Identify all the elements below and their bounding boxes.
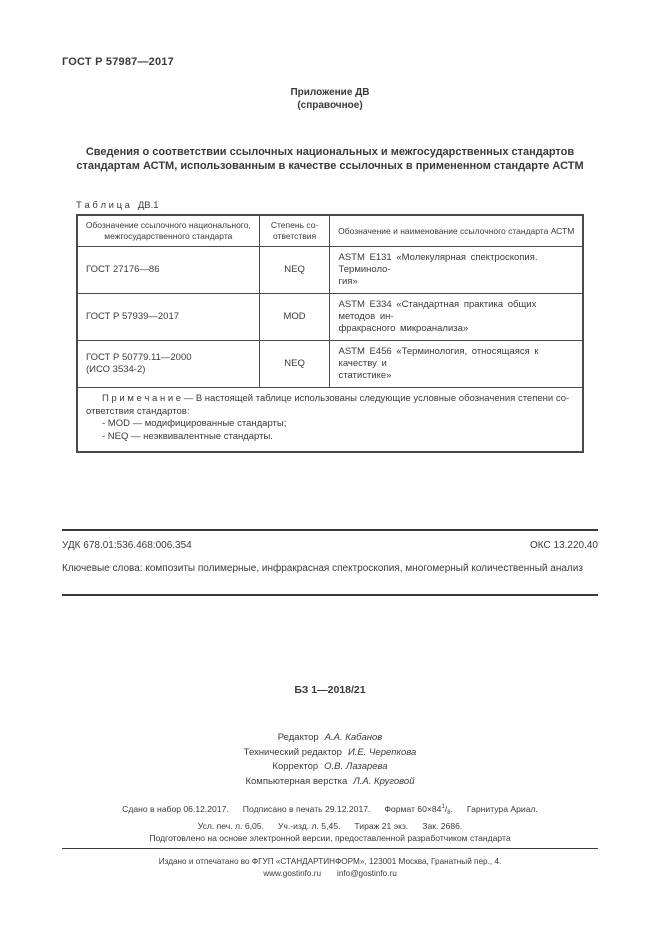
annex-type: (справочное): [62, 99, 598, 112]
table-caption: Т а б л и ц а ДВ.1: [76, 200, 598, 211]
divider-line: [62, 529, 598, 531]
classification-row: УДК 678.01:536.468:006.354 ОКС 13.220.40: [62, 540, 598, 551]
standard-cell: ГОСТ 27176—86: [77, 247, 259, 294]
imprint-typeface: Гарнитура Ариал.: [467, 803, 538, 816]
table-note: П р и м е ч а н и е — В настоящей таблиц…: [77, 388, 583, 453]
divider-line: [62, 594, 598, 596]
table-note-row: П р и м е ч а н и е — В настоящей таблиц…: [77, 388, 583, 453]
oks-code: ОКС 13.220.40: [530, 540, 598, 551]
credit-row-proofreader: КорректорО.В. Лазарева: [62, 760, 598, 775]
credit-name: А.А. Кабанов: [325, 732, 383, 743]
credit-row-layout: Компьютерная версткаЛ.А. Круговой: [62, 775, 598, 790]
credit-role: Редактор: [278, 732, 319, 743]
note-item-neq: - NEQ — неэквивалентные стандарты.: [86, 431, 574, 444]
astm-cell: ASTM E131 «Молекулярная спектроскопия. Т…: [330, 247, 583, 294]
table-header-row: Обозначение ссылочного национального, ме…: [77, 215, 583, 247]
imprint-print-date: Подписано в печать 29.12.2017.: [243, 803, 371, 816]
col-header-astm: Обозначение и наименование ссылочного ст…: [330, 215, 583, 247]
correspondence-table: Обозначение ссылочного национального, ме…: [76, 214, 584, 453]
table-row: ГОСТ 27176—86 NEQ ASTM E131 «Молекулярна…: [77, 247, 583, 294]
title-line-1: Сведения о соответствии ссылочных национ…: [62, 145, 598, 159]
imprint-order: Зак. 2686.: [422, 820, 462, 833]
standard-number: ГОСТ Р 57987—2017: [62, 56, 598, 68]
astm-cell: ASTM E456 «Терминология, относящаяся к к…: [330, 341, 583, 388]
footer-block: Издано и отпечатано во ФГУП «СТАНДАРТИНФ…: [62, 856, 598, 881]
imprint-circulation: Тираж 21 экз.: [354, 820, 408, 833]
credits-block: РедакторА.А. Кабанов Технический редакто…: [62, 731, 598, 789]
footer-contacts: www.gostinfo.ruinfo@gostinfo.ru: [62, 868, 598, 881]
astm-cell: ASTM E334 «Стандартная практика общих ме…: [330, 294, 583, 341]
col-header-degree: Степень со- ответствия: [259, 215, 330, 247]
credit-role: Компьютерная верстка: [245, 776, 347, 787]
footer-email: info@gostinfo.ru: [337, 868, 397, 881]
udc-code: УДК 678.01:536.468:006.354: [62, 540, 192, 551]
credit-name: О.В. Лазарева: [324, 761, 387, 772]
annex-block: Приложение ДВ (справочное): [62, 86, 598, 112]
bz-code: БЗ 1—2018/21: [62, 684, 598, 696]
table-row: ГОСТ Р 50779.11—2000 (ИСО 3534-2) NEQ AS…: [77, 341, 583, 388]
imprint-block: Сдано в набор 06.12.2017.Подписано в печ…: [62, 801, 598, 845]
imprint-format: Формат 60×841/8.: [384, 801, 453, 820]
standard-cell: ГОСТ Р 50779.11—2000 (ИСО 3534-2): [77, 341, 259, 388]
keywords-text: Ключевые слова: композиты полимерные, ин…: [62, 562, 598, 575]
document-title: Сведения о соответствии ссылочных национ…: [62, 145, 598, 173]
degree-cell: MOD: [259, 294, 330, 341]
credit-role: Технический редактор: [244, 747, 342, 758]
credit-row-editor: РедакторА.А. Кабанов: [62, 731, 598, 746]
standard-cell: ГОСТ Р 57939—2017: [77, 294, 259, 341]
imprint-conv-sheets: Усл. печ. л. 6,05.: [198, 820, 264, 833]
table-row: ГОСТ Р 57939—2017 MOD ASTM E334 «Стандар…: [77, 294, 583, 341]
imprint-pub-sheets: Уч.-изд. л. 5,45.: [278, 820, 340, 833]
credit-row-technical-editor: Технический редакторИ.Е. Черепкова: [62, 746, 598, 761]
footer-publisher: Издано и отпечатано во ФГУП «СТАНДАРТИНФ…: [62, 856, 598, 869]
note-text: П р и м е ч а н и е — В настоящей таблиц…: [86, 393, 574, 418]
col-header-national-standard: Обозначение ссылочного национального, ме…: [77, 215, 259, 247]
degree-cell: NEQ: [259, 247, 330, 294]
imprint-line-1: Сдано в набор 06.12.2017.Подписано в печ…: [62, 801, 598, 820]
note-item-mod: - MOD — модифицированные стандарты;: [86, 418, 574, 431]
footer-website: www.gostinfo.ru: [263, 868, 321, 881]
divider-line: [62, 848, 598, 849]
document-page: ГОСТ Р 57987—2017 Приложение ДВ (справоч…: [0, 0, 661, 935]
annex-label: Приложение ДВ: [62, 86, 598, 99]
credit-name: И.Е. Черепкова: [348, 747, 416, 758]
credit-role: Корректор: [272, 761, 318, 772]
title-line-2: стандартам АСТМ, использованным в качест…: [62, 159, 598, 173]
credit-name: Л.А. Круговой: [353, 776, 414, 787]
imprint-set-date: Сдано в набор 06.12.2017.: [122, 803, 229, 816]
imprint-prepared-note: Подготовлено на основе электронной верси…: [62, 832, 598, 845]
degree-cell: NEQ: [259, 341, 330, 388]
imprint-line-2: Усл. печ. л. 6,05.Уч.-изд. л. 5,45.Тираж…: [62, 820, 598, 833]
